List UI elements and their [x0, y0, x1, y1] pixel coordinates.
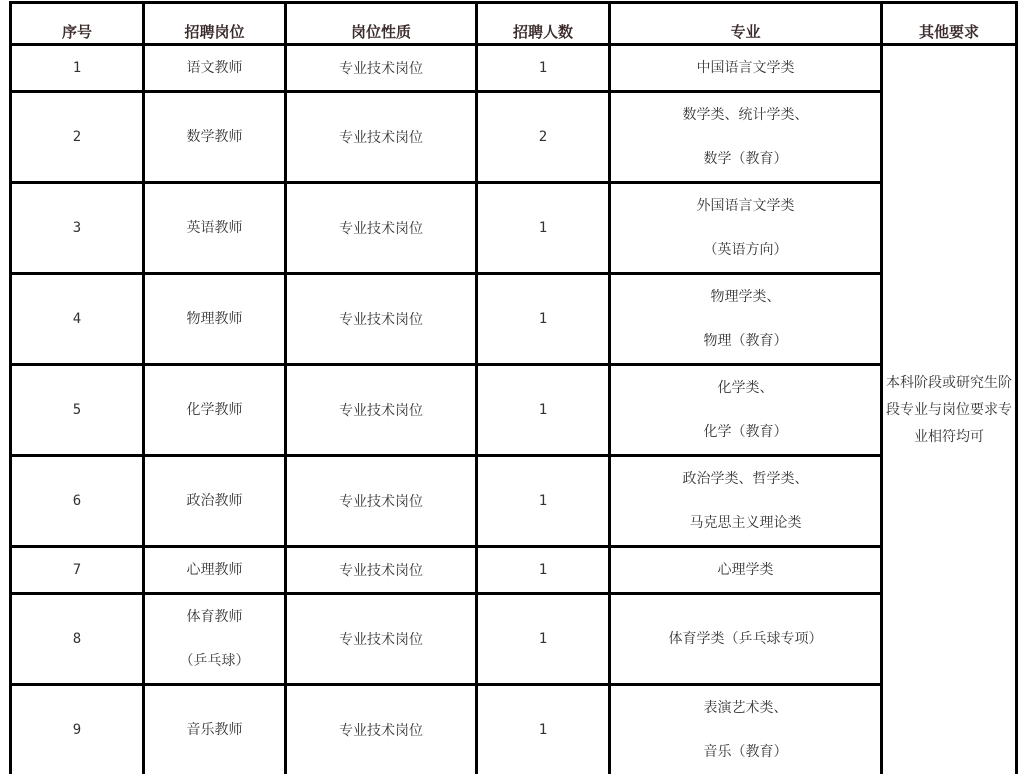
post-line: 体育教师: [145, 595, 284, 639]
cell-no: 1: [11, 45, 144, 92]
cell-other-requirements: 本科阶段或研究生阶段专业与岗位要求专业相符均可: [882, 45, 1017, 774]
major-line: 马克思主义理论类: [611, 501, 880, 545]
cell-count: 1: [477, 547, 610, 594]
table-row: 8体育教师（乒乓球）专业技术岗位1体育学类（乒乓球专项）: [11, 594, 1017, 685]
header-no: 序号: [11, 3, 144, 45]
post-line: 政治教师: [145, 479, 284, 523]
cell-post: 体育教师（乒乓球）: [144, 594, 286, 685]
table-row: 3英语教师专业技术岗位1外国语言文学类（英语方向）: [11, 183, 1017, 274]
cell-count: 2: [477, 92, 610, 183]
cell-no: 5: [11, 365, 144, 456]
cell-post: 语文教师: [144, 45, 286, 92]
table-row: 6政治教师专业技术岗位1政治学类、哲学类、马克思主义理论类: [11, 456, 1017, 547]
cell-count: 1: [477, 45, 610, 92]
major-line: 化学（教育）: [611, 410, 880, 454]
cell-post: 数学教师: [144, 92, 286, 183]
cell-post: 物理教师: [144, 274, 286, 365]
major-line: 物理（教育）: [611, 319, 880, 363]
major-line: 外国语言文学类: [611, 184, 880, 228]
table-row: 5化学教师专业技术岗位1化学类、化学（教育）: [11, 365, 1017, 456]
post-line: 音乐教师: [145, 708, 284, 752]
table-row: 7心理教师专业技术岗位1心理学类: [11, 547, 1017, 594]
cell-count: 1: [477, 274, 610, 365]
table-body: 1语文教师专业技术岗位1中国语言文学类本科阶段或研究生阶段专业与岗位要求专业相符…: [11, 45, 1017, 774]
cell-major: 外国语言文学类（英语方向）: [610, 183, 882, 274]
cell-no: 6: [11, 456, 144, 547]
cell-post: 化学教师: [144, 365, 286, 456]
post-line: 数学教师: [145, 115, 284, 159]
cell-count: 1: [477, 685, 610, 774]
post-line: 英语教师: [145, 206, 284, 250]
cell-nature: 专业技术岗位: [286, 456, 477, 547]
cell-nature: 专业技术岗位: [286, 45, 477, 92]
post-line: 化学教师: [145, 388, 284, 432]
major-line: 中国语言文学类: [611, 46, 880, 90]
table-row: 2数学教师专业技术岗位2数学类、统计学类、数学（教育）: [11, 92, 1017, 183]
header-major: 专业: [610, 3, 882, 45]
cell-nature: 专业技术岗位: [286, 547, 477, 594]
cell-nature: 专业技术岗位: [286, 594, 477, 685]
header-post: 招聘岗位: [144, 3, 286, 45]
major-line: 数学类、统计学类、: [611, 93, 880, 137]
table-row: 4物理教师专业技术岗位1物理学类、物理（教育）: [11, 274, 1017, 365]
cell-nature: 专业技术岗位: [286, 365, 477, 456]
cell-major: 政治学类、哲学类、马克思主义理论类: [610, 456, 882, 547]
cell-no: 2: [11, 92, 144, 183]
cell-post: 政治教师: [144, 456, 286, 547]
cell-nature: 专业技术岗位: [286, 183, 477, 274]
cell-no: 9: [11, 685, 144, 774]
cell-nature: 专业技术岗位: [286, 685, 477, 774]
header-other: 其他要求: [882, 3, 1017, 45]
major-line: 数学（教育）: [611, 137, 880, 181]
cell-no: 4: [11, 274, 144, 365]
cell-nature: 专业技术岗位: [286, 274, 477, 365]
cell-no: 7: [11, 547, 144, 594]
cell-no: 8: [11, 594, 144, 685]
post-line: （乒乓球）: [145, 639, 284, 683]
cell-major: 化学类、化学（教育）: [610, 365, 882, 456]
cell-nature: 专业技术岗位: [286, 92, 477, 183]
cell-major: 体育学类（乒乓球专项）: [610, 594, 882, 685]
cell-post: 英语教师: [144, 183, 286, 274]
post-line: 物理教师: [145, 297, 284, 341]
cell-major: 中国语言文学类: [610, 45, 882, 92]
table-header-row: 序号 招聘岗位 岗位性质 招聘人数 专业 其他要求: [11, 3, 1017, 45]
major-line: 化学类、: [611, 366, 880, 410]
major-line: 表演艺术类、: [611, 686, 880, 730]
cell-major: 物理学类、物理（教育）: [610, 274, 882, 365]
cell-major: 心理学类: [610, 547, 882, 594]
table-row: 9音乐教师专业技术岗位1表演艺术类、音乐（教育）: [11, 685, 1017, 774]
major-line: （英语方向）: [611, 228, 880, 272]
header-nature: 岗位性质: [286, 3, 477, 45]
major-line: 音乐（教育）: [611, 730, 880, 774]
post-line: 语文教师: [145, 46, 284, 90]
major-line: 政治学类、哲学类、: [611, 457, 880, 501]
major-line: 物理学类、: [611, 275, 880, 319]
cell-major: 表演艺术类、音乐（教育）: [610, 685, 882, 774]
cell-no: 3: [11, 183, 144, 274]
cell-post: 心理教师: [144, 547, 286, 594]
major-line: 体育学类（乒乓球专项）: [611, 617, 880, 661]
cell-post: 音乐教师: [144, 685, 286, 774]
recruitment-table: 序号 招聘岗位 岗位性质 招聘人数 专业 其他要求 1语文教师专业技术岗位1中国…: [9, 1, 1018, 774]
cell-count: 1: [477, 594, 610, 685]
cell-count: 1: [477, 183, 610, 274]
post-line: 心理教师: [145, 548, 284, 592]
major-line: 心理学类: [611, 548, 880, 592]
table-row: 1语文教师专业技术岗位1中国语言文学类本科阶段或研究生阶段专业与岗位要求专业相符…: [11, 45, 1017, 92]
cell-major: 数学类、统计学类、数学（教育）: [610, 92, 882, 183]
cell-count: 1: [477, 456, 610, 547]
header-count: 招聘人数: [477, 3, 610, 45]
cell-count: 1: [477, 365, 610, 456]
